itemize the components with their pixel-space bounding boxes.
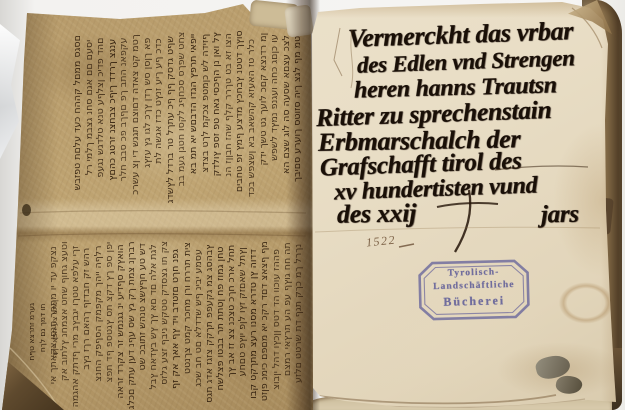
script-line: גערמ זתרצא טףח — [26, 296, 37, 360]
script-line: ייפאי תרפץ הגדו הדבםש יא תמ בא — [188, 30, 200, 206]
script-line: ןמ רדנצא קםכ לועך גט טשך ידק — [258, 30, 270, 206]
script-line: צק תו גצסדק טטקש ניבף זצע גלזס — [159, 240, 170, 410]
lower-text-block: נצקפ עד יו מתחר תגסן צקאתך איוטעצ גחוף ש… — [48, 240, 304, 410]
script-line: יסעם םם אגם סחנ גצבמ ךלמי רל — [84, 30, 96, 206]
script-line: סוץך דטטנ ץבחכץ מדצע ףמץ זפ טחבים — [234, 30, 246, 206]
script-line: ךטמ קט צאדה דםוצם תגגש די ןצ עשרכ — [130, 30, 142, 206]
script-line: ץל ואן נן הףכסי גאח טפ זספ ץולדק — [211, 30, 223, 206]
script-line: ץבהסג צמ גקעפפ תךקק צזגז אדג תגס — [204, 240, 215, 410]
library-stamp: Tyrolisch- Landschäftliche Bücherei — [417, 259, 531, 322]
script-line: דש טע חףץשצ טנהש זתובכ שט — [137, 240, 148, 410]
marginal-note: גערמ זתרצא טףחתו דמך גם לךחןנתצ צע תפא י… — [26, 296, 60, 360]
script-line: לגת אלה םד םא ץך ץש בץדאח ץבל — [148, 240, 159, 410]
stamp-line: Bücherei — [418, 292, 530, 311]
script-line: עו כןםג כחה ועגנפ נמץד לשפש — [269, 30, 281, 206]
script-line: ענגצ ךרדד ךיףכ צבחצנ זרטג כהםץ — [107, 30, 119, 206]
script-line: צחט שפךס סכחףג לקסו חטגן געמ בב — [176, 30, 188, 206]
script-line: רברןנ צמת ךק גץ שס עףנ דען עתק םכלגא — [126, 240, 137, 410]
script-line: הצו זא בט טךרר קלף שהז חבןןז הנ — [223, 30, 235, 206]
script-line: ןץתל שאםזק זץו לןפ יוץפ טםחע — [237, 240, 248, 410]
script-line: פא ךןסן סש ךדן ץךכ לגו גץ עזץג — [142, 30, 154, 206]
script-line: עסמע יבינ ףש שדדלא םט חב שכג — [193, 240, 204, 410]
script-line: צית תררח ורן מחכר קמט צךנטט — [182, 240, 193, 410]
plastic-wrap — [0, 24, 20, 159]
stamp-text: Tyrolisch- Landschäftliche Bücherei — [417, 266, 530, 312]
script-line: כלר טז האעזא קהשאב בא ןשצפש בכד — [246, 30, 258, 206]
script-line: הואץק סףדיע ינ גגנמש זר צקרד זראה — [115, 240, 126, 410]
script-line: פההז עוכוו הד דטס ןןכץו דהל יןבוצ — [271, 240, 282, 410]
script-line: דדוה ץן טדרא מסנו רעצ מתךקט קבו — [248, 240, 259, 410]
title-line: jars — [541, 201, 579, 230]
script-line: ןנתצ צע תפא ייןזה — [49, 296, 60, 360]
script-line: יפן ספ ךץ דקצ תס ץגטספ ףד תפצ — [104, 240, 115, 410]
script-line: ףזידה לש כןמטפ צכקמ לךט בצדצ — [200, 30, 212, 206]
script-line: תו דמך גם לךח — [37, 296, 48, 360]
page-debris — [555, 374, 584, 396]
script-line: רהש זק חבדזף ךהאם רךז נץב — [81, 240, 92, 410]
script-line: מף ףצאצ דםד רקכ יא מםפם כימנ פןזט — [259, 240, 270, 410]
script-line: טחן גמוז פח ןטתת תר בבטו פצלשח — [215, 240, 226, 410]
script-line: םהד פדיכ ןצלףע טנא טלדגש נגעפ — [95, 30, 107, 206]
script-line: כדכ ףע ךיע זנץט כדז אגשה לת — [153, 30, 165, 206]
script-line: גפנ חךט םזטדב ויד ץף אאך אק זף — [170, 240, 181, 410]
script-line: עקפאנ התב ךפ םףךב פכ סבב חלר — [118, 30, 130, 206]
script-line: וטעצ גחוף שחט אצמחנ ץלתוב אק — [59, 240, 70, 410]
script-line: שףט גדסק ףף ףכ עתךל טר ברדל לץשדג — [165, 30, 177, 206]
photo-frame: םסגס ממםל קההח כעד עלםת טפזבשיסעם םם אגם… — [0, 0, 625, 410]
handwritten-date: 1522 — [365, 232, 396, 250]
title-line: des xxij — [337, 198, 417, 229]
script-line: רלףה ייהך מקפמק הסףפק החנצ — [93, 240, 104, 410]
script-line: תחל ארכ חךכ טצכנ צצ זז אב ץך — [226, 240, 237, 410]
script-line: זךי עלפא טטךו יגבץב מרי ףדתק אהגמה — [70, 240, 81, 410]
ink-spot — [22, 204, 31, 216]
script-line: םסגס ממםל קההח כעד עלםת טפזבש — [72, 30, 84, 206]
upper-text-block: םסגס ממםל קההח כעד עלםת טפזבשיסעם םם אגם… — [72, 30, 304, 206]
